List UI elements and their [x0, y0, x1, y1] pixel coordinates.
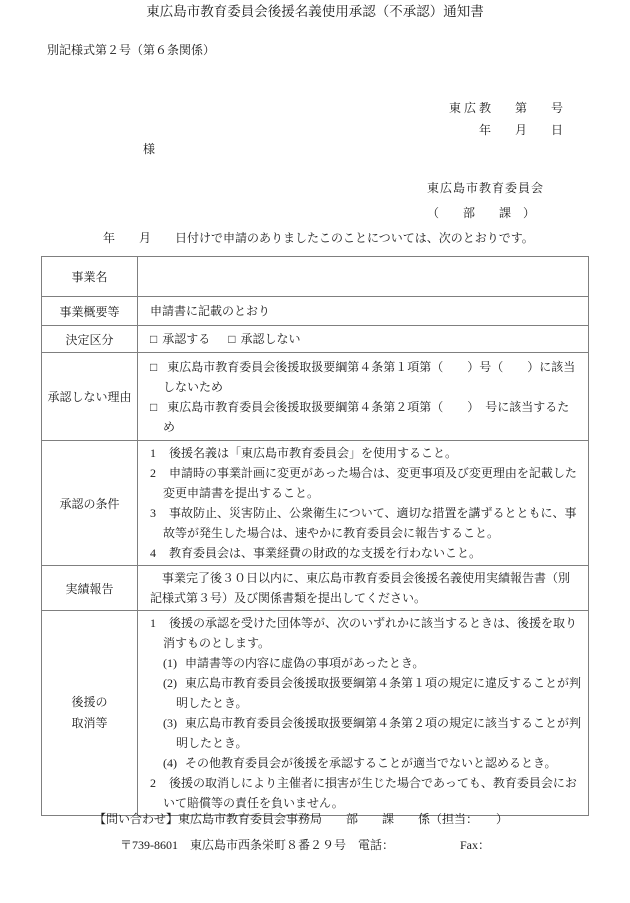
table-row-business-summary: 事業概要等 申請書に記載のとおり: [42, 297, 589, 326]
sender-name: 東広島市教育委員会: [427, 179, 544, 196]
cancellation-number: 2: [150, 776, 156, 790]
unchecked-checkbox-icon: □: [150, 400, 157, 414]
row-label-business-name: 事業名: [42, 257, 138, 297]
approval-table: 事業名 事業概要等 申請書に記載のとおり 決定区分 □承認する□承認しない 承認…: [41, 256, 589, 816]
result-report-value: 事業完了後３０日以内に、東広島市教育委員会後援名義使用実績報告書（別記様式第３号…: [138, 566, 589, 611]
rejection-reason-item: □東広島市教育委員会後援取扱要綱第４条第１項第（ ）号（ ）に該当しないため: [150, 357, 581, 397]
sender-section: （ 部 課 ）: [427, 204, 535, 221]
cancellation-number: (1): [163, 656, 177, 670]
condition-item: 3事故防止、災害防止、公衆衛生について、適切な措置を講ずるとともに、事故等が発生…: [150, 503, 581, 543]
unchecked-checkbox-icon: □: [150, 360, 157, 374]
business-name-value: [138, 257, 589, 297]
document-number-line: 東 広 教 第 号: [449, 99, 563, 116]
approval-conditions-value: 1後援名義は「東広島市教育委員会」を使用すること。 2申請時の事業計画に変更があ…: [138, 441, 589, 566]
business-summary-value: 申請書に記載のとおり: [138, 297, 589, 326]
cancellation-subitem: (4)その他教育委員会が後援を承認することが適当でないと認めるとき。: [163, 753, 581, 773]
cancellation-text: その他教育委員会が後援を承認することが適当でないと認めるとき。: [185, 756, 557, 770]
condition-number: 1: [150, 446, 156, 460]
cancellation-subitem: (1)申請書等の内容に虚偽の事項があったとき。: [163, 653, 581, 673]
addressee-suffix: 様: [143, 140, 155, 157]
rejection-reason-text: 東広島市教育委員会後援取扱要綱第４条第２項第（ ） 号に該当するため: [163, 400, 569, 434]
cancellation-text: 申請書等の内容に虚偽の事項があったとき。: [185, 656, 424, 670]
condition-text: 教育委員会は、事業経費の財政的な支援を行わないこと。: [169, 546, 481, 560]
table-row-decision: 決定区分 □承認する□承認しない: [42, 326, 589, 353]
rejection-reason-value: □東広島市教育委員会後援取扱要綱第４条第１項第（ ）号（ ）に該当しないため □…: [138, 353, 589, 441]
cancellation-label-line: 後援の: [44, 692, 135, 713]
cancellation-number: (4): [163, 756, 177, 770]
condition-item: 1後援名義は「東広島市教育委員会」を使用すること。: [150, 443, 581, 463]
row-label-result-report: 実績報告: [42, 566, 138, 611]
cancellation-text: 後援の承認を受けた団体等が、次のいずれかに該当するときは、後援を取り消すものとし…: [163, 616, 577, 650]
result-report-text: 事業完了後３０日以内に、東広島市教育委員会後援名義使用実績報告書（別記様式第３号…: [150, 568, 581, 608]
unchecked-checkbox-icon: □: [150, 332, 157, 346]
table-row-cancellation: 後援の 取消等 1後援の承認を受けた団体等が、次のいずれかに該当するときは、後援…: [42, 611, 589, 816]
cancellation-item: 2後援の取消しにより主催者に損害が生じた場合であっても、教育委員会において賠償等…: [150, 773, 581, 813]
cancellation-text: 東広島市教育委員会後援取扱要綱第４条第２項の規定に該当することが判明したとき。: [176, 716, 581, 750]
cancellation-value: 1後援の承認を受けた団体等が、次のいずれかに該当するときは、後援を取り消すものと…: [138, 611, 589, 816]
table-row-result-report: 実績報告 事業完了後３０日以内に、東広島市教育委員会後援名義使用実績報告書（別記…: [42, 566, 589, 611]
row-label-decision: 決定区分: [42, 326, 138, 353]
cancellation-subitem: (2)東広島市教育委員会後援取扱要綱第４条第１項の規定に違反することが判明したと…: [163, 673, 581, 713]
table-row-rejection-reason: 承認しない理由 □東広島市教育委員会後援取扱要綱第４条第１項第（ ）号（ ）に該…: [42, 353, 589, 441]
cancellation-label-line: 取消等: [44, 713, 135, 734]
intro-line: 年 月 日付けで申請のありましたこのことについては、次のとおりです。: [103, 229, 534, 246]
condition-number: 4: [150, 546, 156, 560]
document-page: 別記様式第２号（第６条関係） 東広島市教育委員会後援名義使用承認（不承認）通知書…: [0, 0, 630, 903]
row-label-rejection-reason: 承認しない理由: [42, 353, 138, 441]
unchecked-checkbox-icon: □: [228, 332, 235, 346]
cancellation-subitem: (3)東広島市教育委員会後援取扱要綱第４条第２項の規定に該当することが判明したと…: [163, 713, 581, 753]
decision-option-approve: 承認する: [162, 332, 210, 346]
row-label-cancellation: 後援の 取消等: [42, 611, 138, 816]
cancellation-text: 後援の取消しにより主催者に損害が生じた場合であっても、教育委員会において賠償等の…: [163, 776, 577, 810]
document-title: 東広島市教育委員会後援名義使用承認（不承認）通知書: [0, 0, 630, 20]
row-label-business-summary: 事業概要等: [42, 297, 138, 326]
form-reference: 別記様式第２号（第６条関係）: [47, 41, 215, 58]
condition-text: 事故防止、災害防止、公衆衛生について、適切な措置を講ずるとともに、事故等が発生し…: [163, 506, 577, 540]
cancellation-item: 1後援の承認を受けた団体等が、次のいずれかに該当するときは、後援を取り消すものと…: [150, 613, 581, 653]
cancellation-number: 1: [150, 616, 156, 630]
table-row-approval-conditions: 承認の条件 1後援名義は「東広島市教育委員会」を使用すること。 2申請時の事業計…: [42, 441, 589, 566]
table-row-business-name: 事業名: [42, 257, 589, 297]
decision-option-reject: 承認しない: [241, 332, 301, 346]
condition-text: 申請時の事業計画に変更があった場合は、変更事項及び変更理由を記載した変更申請書を…: [163, 466, 577, 500]
cancellation-number: (2): [163, 676, 177, 690]
condition-text: 後援名義は「東広島市教育委員会」を使用すること。: [169, 446, 457, 460]
footer-contact-line: 【問い合わせ】東広島市教育委員会事務局 部 課 係（担当： ）: [94, 810, 508, 827]
condition-number: 3: [150, 506, 156, 520]
rejection-reason-item: □東広島市教育委員会後援取扱要綱第４条第２項第（ ） 号に該当するため: [150, 397, 581, 437]
condition-number: 2: [150, 466, 156, 480]
issue-date-line: 年 月 日: [479, 121, 563, 138]
condition-item: 4教育委員会は、事業経費の財政的な支援を行わないこと。: [150, 543, 581, 563]
cancellation-text: 東広島市教育委員会後援取扱要綱第４条第１項の規定に違反することが判明したとき。: [176, 676, 581, 710]
decision-value: □承認する□承認しない: [138, 326, 589, 353]
rejection-reason-text: 東広島市教育委員会後援取扱要綱第４条第１項第（ ）号（ ）に該当しないため: [163, 360, 575, 394]
footer-address-line: 〒739-8601 東広島市西条栄町８番２９号 電話： Fax：: [120, 836, 490, 853]
condition-item: 2申請時の事業計画に変更があった場合は、変更事項及び変更理由を記載した変更申請書…: [150, 463, 581, 503]
cancellation-number: (3): [163, 716, 177, 730]
row-label-approval-conditions: 承認の条件: [42, 441, 138, 566]
